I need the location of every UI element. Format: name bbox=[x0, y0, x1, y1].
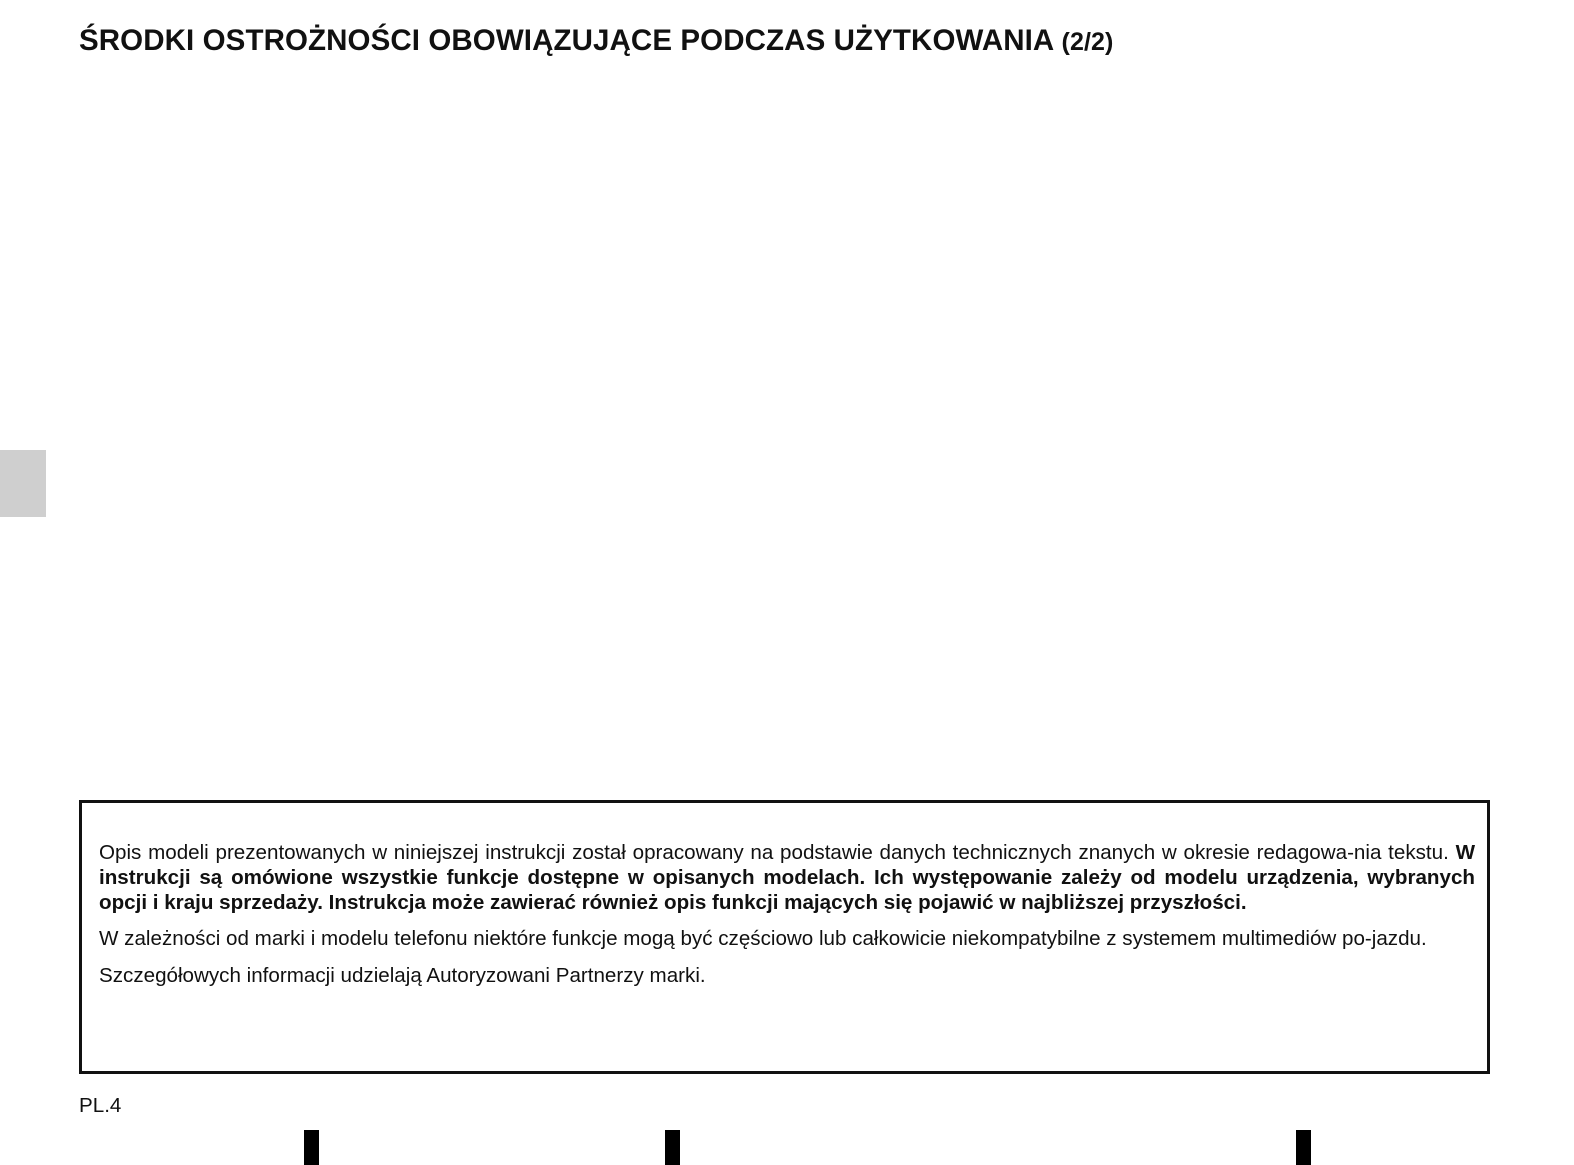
crop-mark bbox=[304, 1130, 319, 1165]
page-title: ŚRODKI OSTROŻNOŚCI OBOWIĄZUJĄCE PODCZAS … bbox=[79, 24, 1113, 58]
notice-paragraph-1: Opis modeli prezentowanych w niniejszej … bbox=[99, 841, 1475, 915]
page-title-suffix: (2/2) bbox=[1062, 28, 1114, 56]
notice-paragraph-1-regular: Opis modeli prezentowanych w niniejszej … bbox=[99, 841, 1456, 864]
section-side-tab bbox=[0, 450, 46, 517]
crop-mark bbox=[665, 1130, 680, 1165]
notice-paragraph-3: Szczegółowych informacji udzielają Autor… bbox=[99, 964, 1475, 989]
notice-content: Opis modeli prezentowanych w niniejszej … bbox=[99, 841, 1475, 1001]
crop-mark bbox=[1296, 1130, 1311, 1165]
notice-paragraph-2: W zależności od marki i modelu telefonu … bbox=[99, 927, 1475, 952]
notice-box: Opis modeli prezentowanych w niniejszej … bbox=[79, 800, 1490, 1074]
page-title-text: ŚRODKI OSTROŻNOŚCI OBOWIĄZUJĄCE PODCZAS … bbox=[79, 24, 1053, 57]
page-number: PL.4 bbox=[79, 1094, 121, 1118]
